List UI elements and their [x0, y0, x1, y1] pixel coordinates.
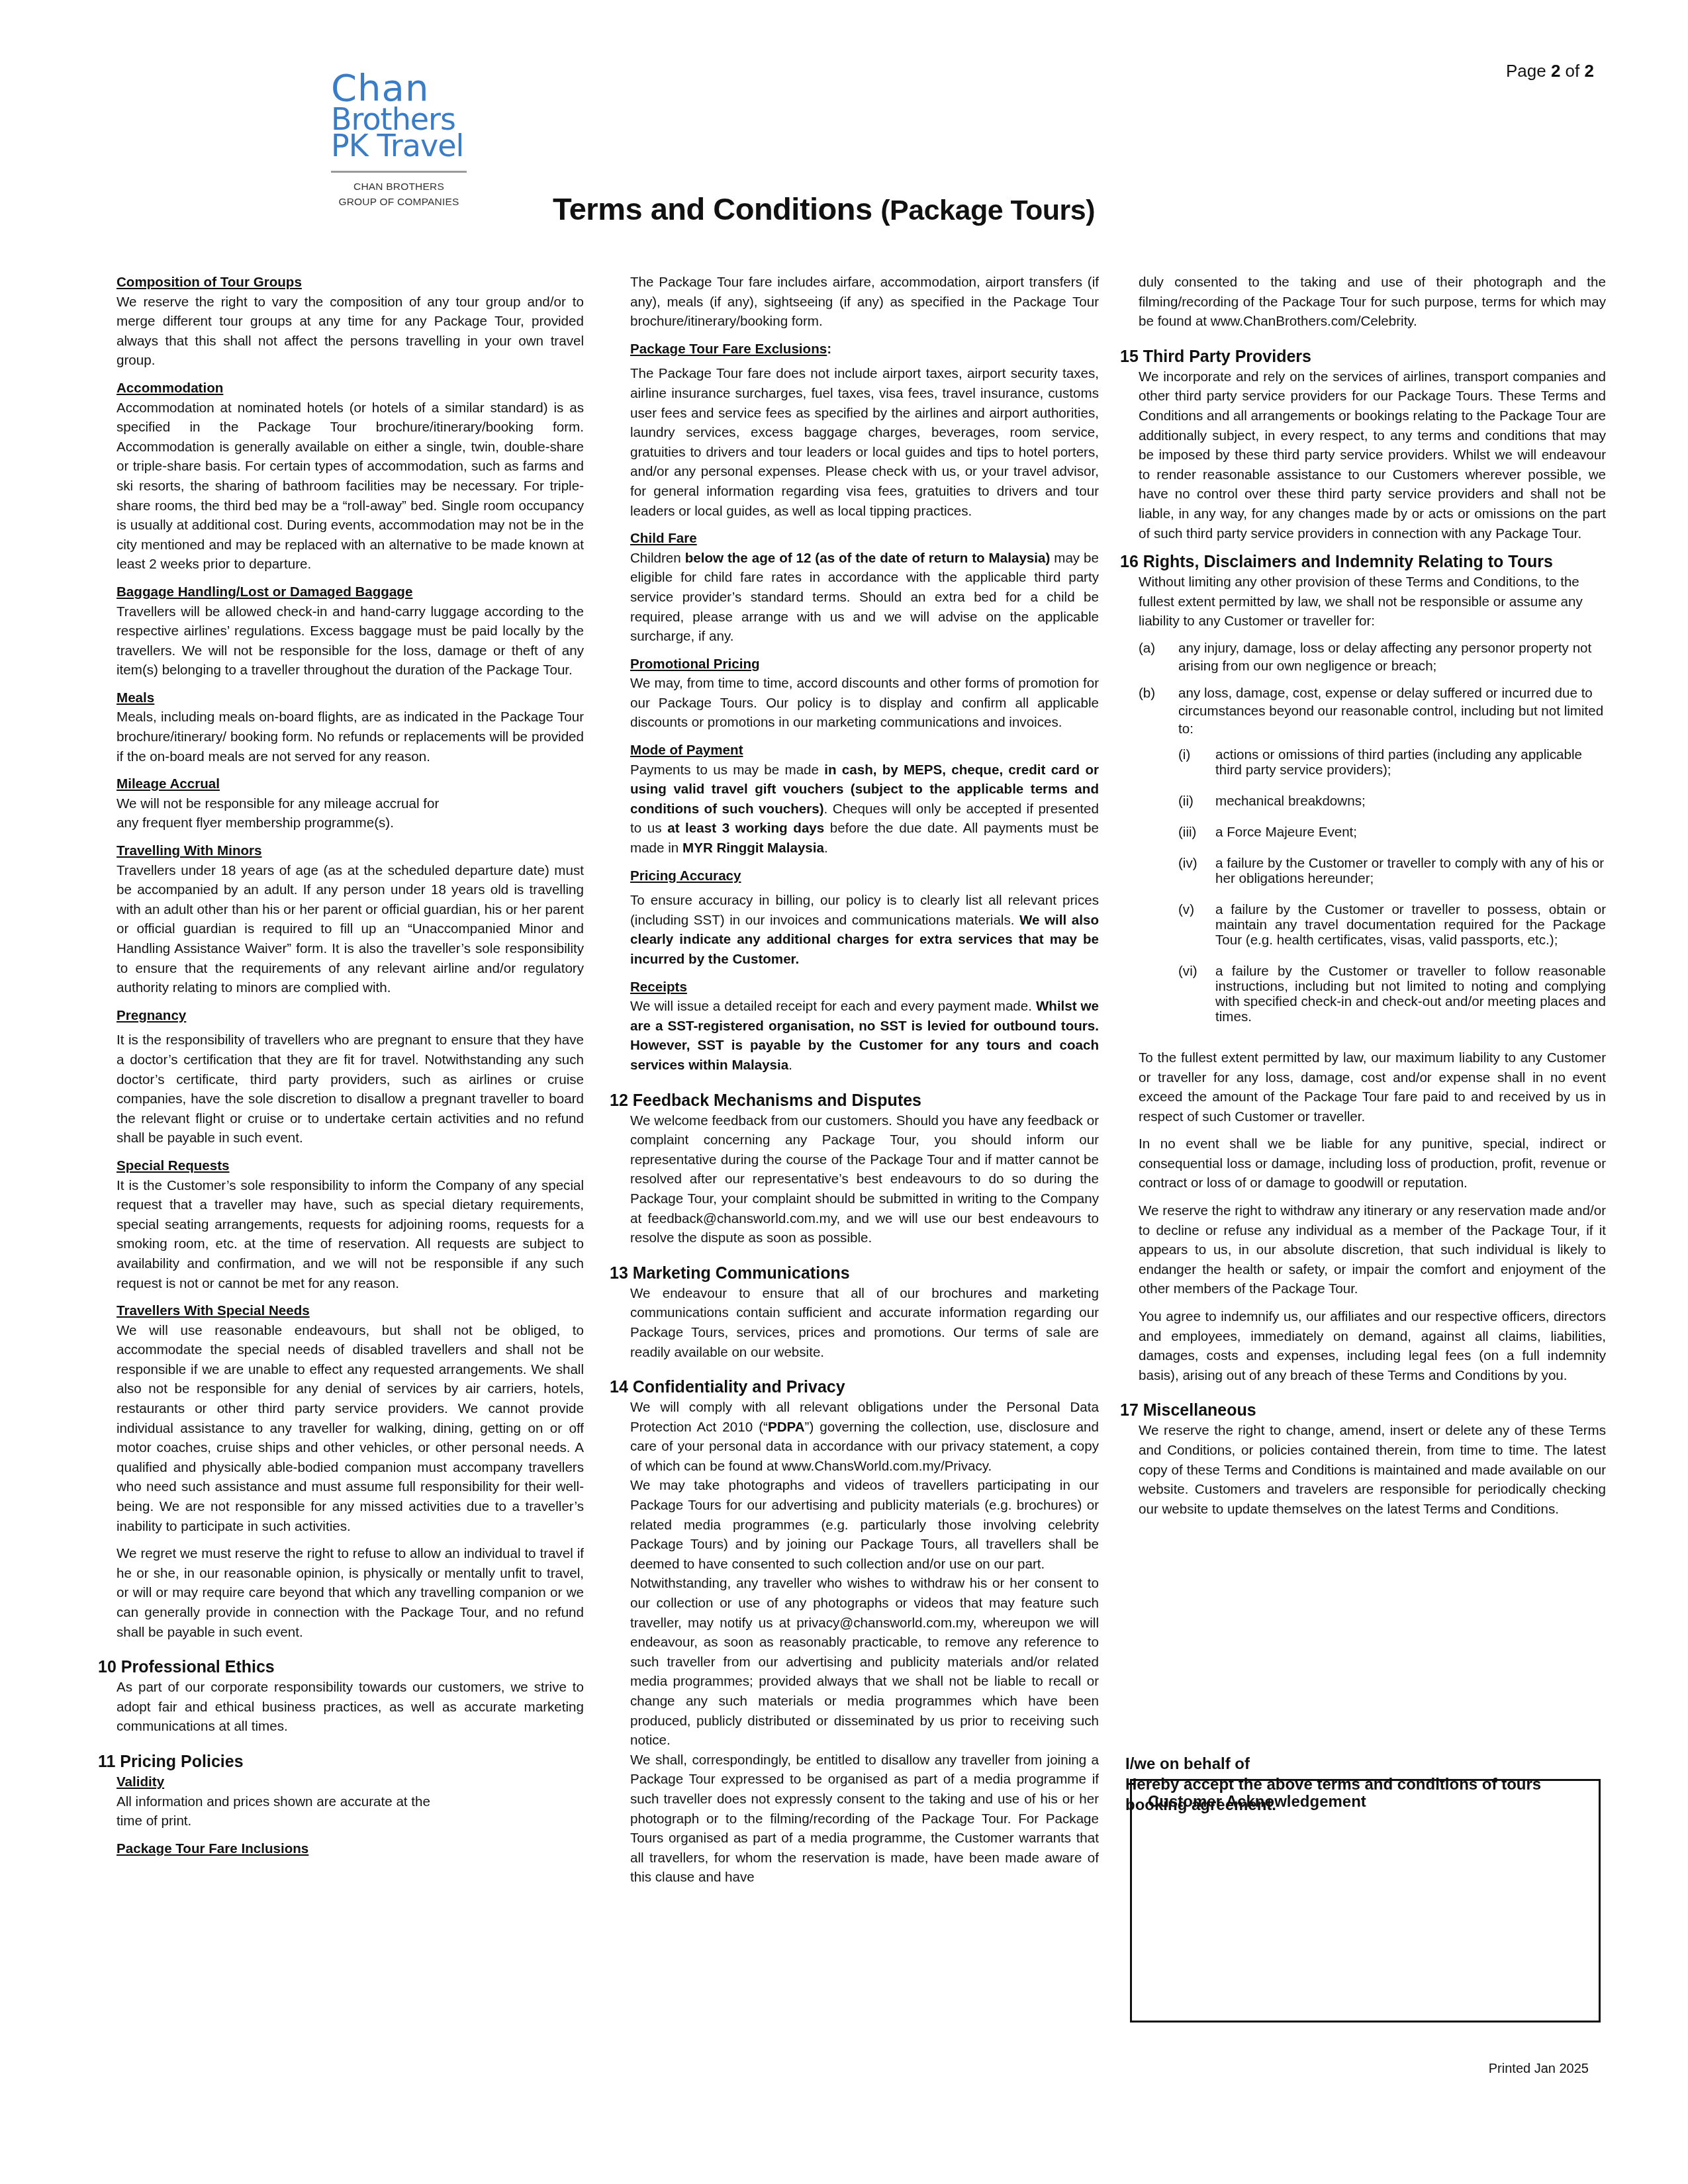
- text-pregnancy: It is the responsibility of travellers w…: [117, 1030, 584, 1148]
- heading-special-needs: Travellers With Special Needs: [117, 1301, 584, 1321]
- text-payment: Payments to us may be made in cash, by M…: [630, 760, 1099, 858]
- text-s16-liability: To the fullest extent permitted by law, …: [1139, 1048, 1606, 1126]
- section-16-heading: 16 Rights, Disclaimers and Indemnity Rel…: [1120, 551, 1606, 572]
- printed-date: Printed Jan 2025: [1489, 2062, 1589, 2077]
- list-label-i: (i): [1178, 747, 1215, 778]
- text-s14-p1-bold: PDPA: [768, 1420, 805, 1435]
- heading-composition: Composition of Tour Groups: [117, 273, 584, 293]
- section-15-heading: 15 Third Party Providers: [1120, 346, 1606, 367]
- text-promotional: We may, from time to time, accord discou…: [630, 674, 1099, 733]
- list-item-b: (b) any loss, damage, cost, expense or d…: [1139, 684, 1606, 738]
- list-item-ii: (ii) mechanical breakdowns;: [1178, 794, 1606, 809]
- acceptance-line-1: I/we on behalf of: [1125, 1754, 1602, 1774]
- list-item-iii: (iii) a Force Majeure Event;: [1178, 825, 1606, 840]
- section-12-heading: 12 Feedback Mechanisms and Disputes: [610, 1090, 1099, 1111]
- text-accommodation: Accommodation at nominated hotels (or ho…: [117, 398, 584, 574]
- text-exclusions: The Package Tour fare does not include a…: [630, 364, 1099, 521]
- heading-minors: Travelling With Minors: [117, 841, 584, 861]
- list-item-iv: (iv) a failure by the Customer or travel…: [1178, 856, 1606, 886]
- heading-special-requests: Special Requests: [117, 1156, 584, 1176]
- list-item-vi: (vi) a failure by the Customer or travel…: [1178, 964, 1606, 1024]
- heading-payment: Mode of Payment: [630, 741, 1099, 760]
- title-paren: (Package Tours): [880, 195, 1095, 226]
- list-text-i: actions or omissions of third parties (i…: [1215, 747, 1606, 778]
- text-receipts-1: We will issue a detailed receipt for eac…: [630, 999, 1036, 1014]
- heading-baggage: Baggage Handling/Lost or Damaged Baggage: [117, 582, 584, 602]
- logo-word-pk-travel: PK Travel: [331, 132, 470, 159]
- text-section-17: We reserve the right to change, amend, i…: [1139, 1421, 1606, 1519]
- page-label: Page: [1506, 61, 1546, 81]
- text-baggage: Travellers will be allowed check-in and …: [117, 602, 584, 680]
- text-section-14-cont: duly consented to the taking and use of …: [1139, 273, 1606, 332]
- heading-validity: Validity: [117, 1772, 584, 1792]
- logo-divider: [331, 171, 467, 173]
- text-validity: All information and prices shown are acc…: [117, 1792, 584, 1831]
- text-meals: Meals, including meals on-board flights,…: [117, 707, 584, 766]
- section-11-heading: 11 Pricing Policies: [98, 1751, 584, 1772]
- column-1: Composition of Tour Groups We reserve th…: [117, 273, 584, 1858]
- text-special-needs-2: We regret we must reserve the right to r…: [117, 1544, 584, 1642]
- list-text-v: a failure by the Customer or traveller t…: [1215, 902, 1606, 948]
- text-payment-bold-2: at least 3 working days: [667, 821, 824, 836]
- page-current: 2: [1551, 61, 1560, 81]
- text-section-16-intro: Without limiting any other provision of …: [1139, 572, 1606, 631]
- text-child-fare: Children below the age of 12 (as of the …: [630, 549, 1099, 647]
- text-section-13: We endeavour to ensure that all of our b…: [630, 1284, 1099, 1362]
- list-text-b: any loss, damage, cost, expense or delay…: [1178, 684, 1606, 738]
- list-label-b: (b): [1139, 684, 1178, 738]
- heading-exclusions-text: Package Tour Fare Exclusions: [630, 341, 827, 357]
- list-label-a: (a): [1139, 639, 1178, 675]
- heading-promotional: Promotional Pricing: [630, 655, 1099, 674]
- page-of: of: [1566, 61, 1580, 81]
- heading-inclusions: Package Tour Fare Inclusions: [117, 1839, 584, 1859]
- list-label-iii: (iii): [1178, 825, 1215, 840]
- title-main: Terms and Conditions: [553, 191, 872, 226]
- text-section-14-p2: We may take photographs and videos of tr…: [630, 1476, 1099, 1574]
- text-special-requests: It is the Customer’s sole responsibility…: [117, 1176, 584, 1294]
- heading-receipts: Receipts: [630, 978, 1099, 997]
- list-text-vi: a failure by the Customer or traveller t…: [1215, 964, 1606, 1024]
- list-item-a: (a) any injury, damage, loss or delay af…: [1139, 639, 1606, 675]
- heading-mileage: Mileage Accrual: [117, 774, 584, 794]
- section-14-heading: 14 Confidentiality and Privacy: [610, 1377, 1099, 1398]
- column-3: duly consented to the taking and use of …: [1139, 273, 1606, 1527]
- heading-child-fare: Child Fare: [630, 529, 1099, 549]
- text-s16-punitive: In no event shall we be liable for any p…: [1139, 1134, 1606, 1193]
- acknowledgement-title: Customer Acknowledgement: [1148, 1793, 1366, 1811]
- list-label-v: (v): [1178, 902, 1215, 948]
- page-number: Page 2 of 2: [1506, 61, 1594, 81]
- text-section-14-p4: We shall, correspondingly, be entitled t…: [630, 1751, 1099, 1888]
- text-special-needs-1: We will use reasonable endeavours, but s…: [117, 1321, 584, 1537]
- page-title: Terms and Conditions (Package Tours): [553, 191, 1095, 227]
- text-mileage-line2: any frequent flyer membership programme(…: [117, 815, 394, 831]
- section-13-heading: 13 Marketing Communications: [610, 1263, 1099, 1284]
- text-validity-line1: All information and prices shown are acc…: [117, 1794, 430, 1809]
- section-10-heading: 10 Professional Ethics: [98, 1657, 584, 1678]
- text-inclusions: The Package Tour fare includes airfare, …: [630, 273, 1099, 332]
- text-section-12: We welcome feedback from our customers. …: [630, 1111, 1099, 1248]
- text-payment-bold-3: MYR Ringgit Malaysia: [682, 841, 824, 856]
- text-section-14-p1: We will comply with all relevant obligat…: [630, 1398, 1099, 1476]
- heading-accommodation: Accommodation: [117, 379, 584, 398]
- list-text-iv: a failure by the Customer or traveller t…: [1215, 856, 1606, 886]
- list-item-i: (i) actions or omissions of third partie…: [1178, 747, 1606, 778]
- logo-subtitle-1: CHAN BROTHERS: [331, 179, 467, 195]
- list-label-ii: (ii): [1178, 794, 1215, 809]
- list-text-a: any injury, damage, loss or delay affect…: [1178, 639, 1606, 675]
- text-minors: Travellers under 18 years of age (as at …: [117, 861, 584, 998]
- text-s16-withdraw: We reserve the right to withdraw any iti…: [1139, 1201, 1606, 1299]
- heading-meals: Meals: [117, 688, 584, 708]
- text-section-15: We incorporate and rely on the services …: [1139, 367, 1606, 543]
- text-mileage-line1: We will not be responsible for any milea…: [117, 796, 439, 811]
- text-receipts-2: .: [788, 1058, 792, 1073]
- text-validity-line2: time of print.: [117, 1813, 191, 1829]
- logo-subtitle-2: GROUP OF COMPANIES: [331, 195, 467, 210]
- text-child-fare-pre: Children: [630, 551, 685, 566]
- section-17-heading: 17 Miscellaneous: [1120, 1400, 1606, 1421]
- list-item-v: (v) a failure by the Customer or travell…: [1178, 902, 1606, 948]
- list-text-ii: mechanical breakdowns;: [1215, 794, 1606, 809]
- text-composition: We reserve the right to vary the composi…: [117, 293, 584, 371]
- list-text-iii: a Force Majeure Event;: [1215, 825, 1606, 840]
- page-total: 2: [1585, 61, 1594, 81]
- text-mileage: We will not be responsible for any milea…: [117, 794, 584, 833]
- customer-acknowledgement-box[interactable]: Customer Acknowledgement: [1130, 1779, 1601, 2023]
- list-label-iv: (iv): [1178, 856, 1215, 886]
- text-child-fare-bold: below the age of 12 (as of the date of r…: [685, 551, 1051, 566]
- column-2: The Package Tour fare includes airfare, …: [630, 273, 1099, 1888]
- text-payment-4: .: [824, 841, 828, 856]
- heading-exclusions-colon: :: [827, 340, 831, 359]
- text-accuracy: To ensure accuracy in billing, our polic…: [630, 891, 1099, 969]
- heading-pregnancy: Pregnancy: [117, 1006, 584, 1026]
- heading-accuracy: Pricing Accuracy: [630, 866, 1099, 886]
- company-logo: Chan Brothers PK Travel CHAN BROTHERS GR…: [331, 71, 470, 210]
- text-section-10: As part of our corporate responsibility …: [117, 1678, 584, 1737]
- heading-exclusions: Package Tour Fare Exclusions:: [630, 340, 1099, 359]
- text-s16-indemnify: You agree to indemnify us, our affiliate…: [1139, 1307, 1606, 1385]
- text-section-14-p3: Notwithstanding, any traveller who wishe…: [630, 1574, 1099, 1750]
- text-payment-1: Payments to us may be made: [630, 762, 824, 778]
- list-label-vi: (vi): [1178, 964, 1215, 1024]
- text-receipts: We will issue a detailed receipt for eac…: [630, 997, 1099, 1075]
